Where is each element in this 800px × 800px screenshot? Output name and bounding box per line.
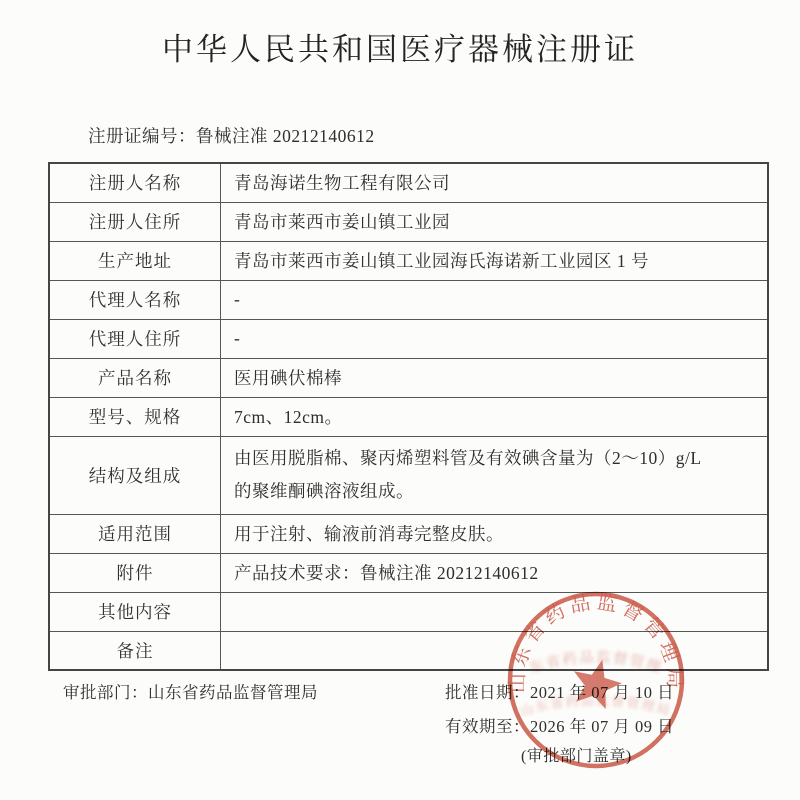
row-value: - [221,280,769,319]
approval-date: 批准日期：2021 年 07 月 10 日 [445,679,674,703]
row-value: 青岛市莱西市姜山镇工业园海氏海诺新工业园区 1 号 [221,241,769,280]
row-value: 医用碘伏棉棒 [221,358,769,397]
row-label: 产品名称 [49,358,221,397]
row-label: 备注 [49,631,221,670]
certificate-number: 注册证编号：鲁械注准 20212140612 [88,123,375,148]
row-value-line: 由医用脱脂棉、聚丙烯塑料管及有效碘含量为（2～10）g/L [234,442,766,475]
row-label: 其他内容 [49,592,221,631]
row-value [221,592,769,631]
row-label: 适用范围 [49,514,221,553]
row-label: 注册人住所 [49,202,221,241]
row-label: 附件 [49,553,221,592]
row-value-line: 的聚维酮碘溶液组成。 [234,475,766,508]
certificate-table: 注册人名称 青岛海诺生物工程有限公司 注册人住所 青岛市莱西市姜山镇工业园 生产… [48,162,769,671]
table-row: 生产地址 青岛市莱西市姜山镇工业园海氏海诺新工业园区 1 号 [49,241,768,280]
table-row: 产品名称 医用碘伏棉棒 [49,358,768,397]
certificate-number-label: 注册证编号： [88,126,196,146]
row-value: 用于注射、输液前消毒完整皮肤。 [221,514,769,553]
valid-until-date: 有效期至：2026 年 07 月 09 日 [445,713,674,737]
row-value: 青岛市莱西市姜山镇工业园 [221,202,769,241]
page-title: 中华人民共和国医疗器械注册证 [0,24,800,69]
row-value: 青岛海诺生物工程有限公司 [221,163,769,202]
row-value [221,631,769,670]
row-value: - [221,319,769,358]
row-label: 注册人名称 [49,163,221,202]
row-value: 由医用脱脂棉、聚丙烯塑料管及有效碘含量为（2～10）g/L 的聚维酮碘溶液组成。 [221,436,769,514]
approval-department-value: 山东省药品监督管理局 [148,683,318,702]
table-row: 结构及组成 由医用脱脂棉、聚丙烯塑料管及有效碘含量为（2～10）g/L 的聚维酮… [49,436,768,514]
approval-date-value: 2021 年 07 月 10 日 [530,683,674,702]
row-label: 代理人名称 [49,280,221,319]
certificate-number-value: 鲁械注准 20212140612 [196,126,375,146]
row-label: 代理人住所 [49,319,221,358]
table-row: 代理人名称 - [49,280,768,319]
row-label: 型号、规格 [49,397,221,436]
table-row: 适用范围 用于注射、输液前消毒完整皮肤。 [49,514,768,553]
valid-until-label: 有效期至： [445,717,530,736]
valid-until-value: 2026 年 07 月 09 日 [530,717,674,736]
stamp-note: (审批部门盖章) [521,743,632,766]
table-row: 注册人名称 青岛海诺生物工程有限公司 [49,163,768,202]
approval-department: 审批部门：山东省药品监督管理局 [63,679,318,703]
table-row: 注册人住所 青岛市莱西市姜山镇工业园 [49,202,768,241]
table-row: 代理人住所 - [49,319,768,358]
row-label: 结构及组成 [49,436,221,514]
row-label: 生产地址 [49,241,221,280]
approval-date-label: 批准日期： [445,683,530,702]
table-row: 其他内容 [49,592,768,631]
table-row: 备注 [49,631,768,670]
approval-department-label: 审批部门： [63,683,148,702]
table-row: 型号、规格 7cm、12cm。 [49,397,768,436]
table-row: 附件 产品技术要求：鲁械注准 20212140612 [49,553,768,592]
row-value: 7cm、12cm。 [221,397,769,436]
row-value: 产品技术要求：鲁械注准 20212140612 [221,553,769,592]
